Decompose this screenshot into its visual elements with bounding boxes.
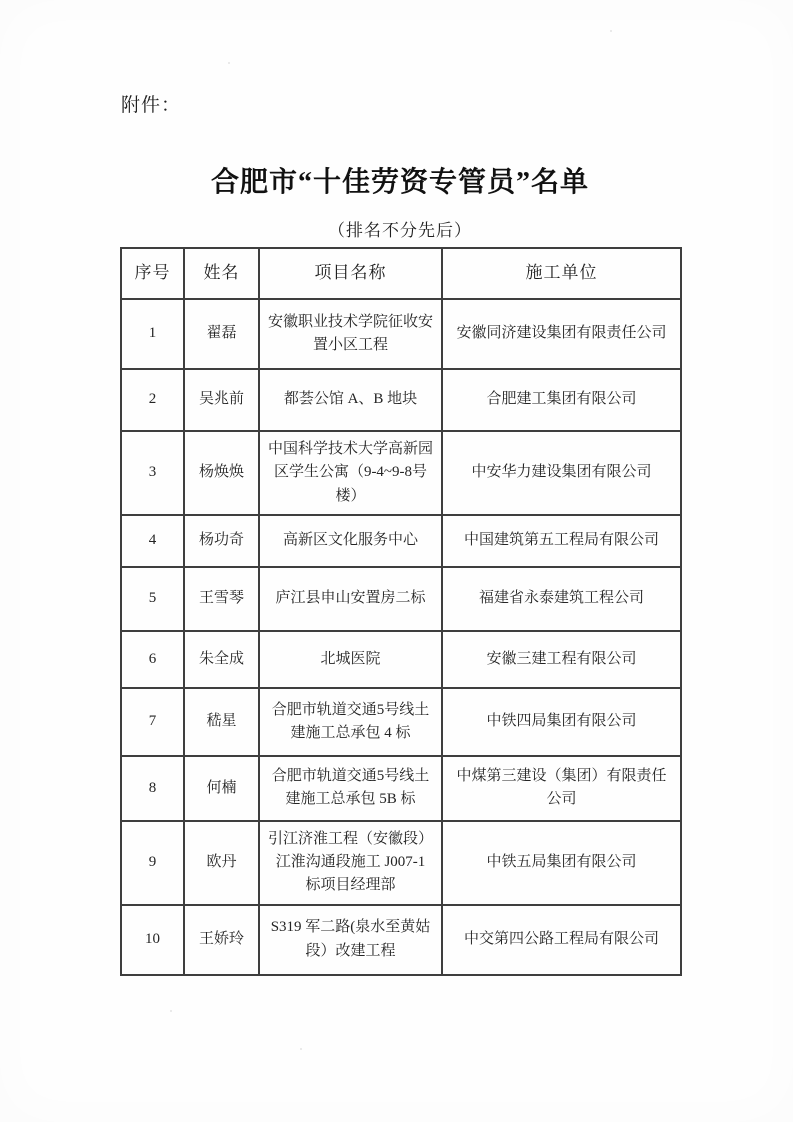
row-number-cell: 9 <box>121 821 184 905</box>
table-row: 2 吴兆前 都荟公馆 A、B 地块 合肥建工集团有限公司 <box>121 369 681 431</box>
name-cell: 吴兆前 <box>184 369 259 431</box>
scan-speckle <box>610 30 612 32</box>
company-cell: 合肥建工集团有限公司 <box>442 369 681 431</box>
row-number-cell: 7 <box>121 688 184 756</box>
name-cell: 杨焕焕 <box>184 431 259 515</box>
table-row: 10 王娇玲 S319 军二路(泉水至黄姑段）改建工程 中交第四公路工程局有限公… <box>121 905 681 975</box>
row-number-cell: 4 <box>121 515 184 567</box>
attachment-label: 附件： <box>121 90 181 117</box>
award-table: 序号 姓名 项目名称 施工单位 1 翟磊 安徽职业技术学院征收安置小区工程 安徽… <box>120 247 682 976</box>
table-row: 4 杨功奇 高新区文化服务中心 中国建筑第五工程局有限公司 <box>121 515 681 567</box>
project-cell: 中国科学技术大学高新园区学生公寓（9-4~9-8号楼） <box>259 431 442 515</box>
scan-speckle <box>300 1048 302 1050</box>
project-cell: 庐江县申山安置房二标 <box>259 567 442 631</box>
row-number-cell: 5 <box>121 567 184 631</box>
table-row: 9 欧丹 引江济淮工程（安徽段）江淮沟通段施工 J007-1 标项目经理部 中铁… <box>121 821 681 905</box>
table-header-row: 序号 姓名 项目名称 施工单位 <box>121 248 681 299</box>
scan-speckle <box>228 62 230 64</box>
page-subtitle: （排名不分先后） <box>120 216 680 241</box>
company-cell: 安徽同济建设集团有限责任公司 <box>442 299 681 369</box>
project-cell: 安徽职业技术学院征收安置小区工程 <box>259 299 442 369</box>
table-row: 1 翟磊 安徽职业技术学院征收安置小区工程 安徽同济建设集团有限责任公司 <box>121 299 681 369</box>
row-number-cell: 2 <box>121 369 184 431</box>
table-row: 3 杨焕焕 中国科学技术大学高新园区学生公寓（9-4~9-8号楼） 中安华力建设… <box>121 431 681 515</box>
project-cell: 引江济淮工程（安徽段）江淮沟通段施工 J007-1 标项目经理部 <box>259 821 442 905</box>
name-cell: 王娇玲 <box>184 905 259 975</box>
header-cell-company: 施工单位 <box>442 248 681 299</box>
scanned-document-page: 附件： 合肥市“十佳劳资专管员”名单 （排名不分先后） 序号 姓名 项目名称 施… <box>0 0 793 1122</box>
project-cell: 北城医院 <box>259 631 442 688</box>
header-cell-project: 项目名称 <box>259 248 442 299</box>
company-cell: 中煤第三建设（集团）有限责任公司 <box>442 756 681 821</box>
page-title: 合肥市“十佳劳资专管员”名单 <box>120 160 680 200</box>
name-cell: 欧丹 <box>184 821 259 905</box>
project-cell: 合肥市轨道交通5号线土建施工总承包 5B 标 <box>259 756 442 821</box>
header-cell-no: 序号 <box>121 248 184 299</box>
row-number-cell: 10 <box>121 905 184 975</box>
project-cell: S319 军二路(泉水至黄姑段）改建工程 <box>259 905 442 975</box>
table-row: 5 王雪琴 庐江县申山安置房二标 福建省永泰建筑工程公司 <box>121 567 681 631</box>
project-cell: 高新区文化服务中心 <box>259 515 442 567</box>
company-cell: 福建省永泰建筑工程公司 <box>442 567 681 631</box>
name-cell: 翟磊 <box>184 299 259 369</box>
table-row: 6 朱全成 北城医院 安徽三建工程有限公司 <box>121 631 681 688</box>
company-cell: 安徽三建工程有限公司 <box>442 631 681 688</box>
header-cell-name: 姓名 <box>184 248 259 299</box>
project-cell: 合肥市轨道交通5号线土建施工总承包 4 标 <box>259 688 442 756</box>
row-number-cell: 3 <box>121 431 184 515</box>
project-cell: 都荟公馆 A、B 地块 <box>259 369 442 431</box>
table-row: 7 嵇星 合肥市轨道交通5号线土建施工总承包 4 标 中铁四局集团有限公司 <box>121 688 681 756</box>
row-number-cell: 6 <box>121 631 184 688</box>
company-cell: 中铁五局集团有限公司 <box>442 821 681 905</box>
table-row: 8 何楠 合肥市轨道交通5号线土建施工总承包 5B 标 中煤第三建设（集团）有限… <box>121 756 681 821</box>
name-cell: 嵇星 <box>184 688 259 756</box>
company-cell: 中国建筑第五工程局有限公司 <box>442 515 681 567</box>
company-cell: 中铁四局集团有限公司 <box>442 688 681 756</box>
name-cell: 何楠 <box>184 756 259 821</box>
name-cell: 王雪琴 <box>184 567 259 631</box>
name-cell: 杨功奇 <box>184 515 259 567</box>
name-cell: 朱全成 <box>184 631 259 688</box>
company-cell: 中交第四公路工程局有限公司 <box>442 905 681 975</box>
company-cell: 中安华力建设集团有限公司 <box>442 431 681 515</box>
row-number-cell: 8 <box>121 756 184 821</box>
row-number-cell: 1 <box>121 299 184 369</box>
scan-speckle <box>170 1010 172 1012</box>
